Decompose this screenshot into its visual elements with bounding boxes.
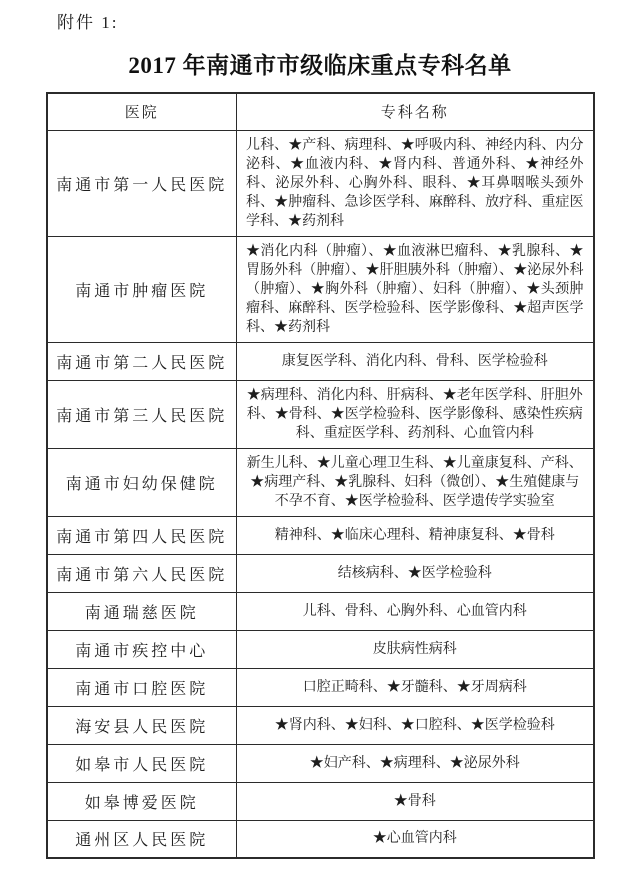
- specialty-list-cell: 儿科、骨科、心胸外科、心血管内科: [237, 592, 594, 630]
- specialty-list-cell: ★肾内科、★妇科、★口腔科、★医学检验科: [237, 706, 594, 744]
- specialty-list-cell: ★病理科、消化内科、肝病科、★老年医学科、肝胆外科、★骨科、★医学检验科、医学影…: [237, 380, 594, 448]
- specialty-list: 新生儿科、★儿童心理卫生科、★儿童康复科、产科、★病理产科、★乳腺科、妇科（微创…: [246, 454, 584, 511]
- specialty-list: ★妇产科、★病理科、★泌尿外科: [246, 754, 584, 773]
- specialty-list-cell: 皮肤病性病科: [237, 630, 594, 668]
- specialty-list-cell: 康复医学科、消化内科、骨科、医学检验科: [237, 342, 594, 380]
- specialty-table: 医院 专科名称 南通市第一人民医院儿科、★产科、病理科、★呼吸内科、神经内科、内…: [46, 92, 595, 859]
- specialty-list: ★消化内科（肿瘤）、★血液淋巴瘤科、★乳腺科、★胃肠外科（肿瘤）、★肝胆胰外科（…: [246, 242, 584, 337]
- hospital-name: 南通市疾控中心: [47, 630, 237, 668]
- table-row: 南通市第四人民医院精神科、★临床心理科、精神康复科、★骨科: [47, 516, 594, 554]
- hospital-name: 南通市第六人民医院: [47, 554, 237, 592]
- hospital-name: 如皋博爱医院: [47, 782, 237, 820]
- specialty-list: ★心血管内科: [246, 829, 584, 848]
- hospital-name: 海安县人民医院: [47, 706, 237, 744]
- document-page: 附件 1: 2017 年南通市市级临床重点专科名单 医院 专科名称 南通市第一人…: [0, 0, 640, 872]
- page-title: 2017 年南通市市级临床重点专科名单: [0, 47, 640, 80]
- table-row: 南通市疾控中心皮肤病性病科: [47, 630, 594, 668]
- specialty-list-cell: 精神科、★临床心理科、精神康复科、★骨科: [237, 516, 594, 554]
- table-row: 通州区人民医院★心血管内科: [47, 820, 594, 858]
- specialty-list: 儿科、骨科、心胸外科、心血管内科: [246, 602, 584, 621]
- table-row: 南通市第三人民医院★病理科、消化内科、肝病科、★老年医学科、肝胆外科、★骨科、★…: [47, 380, 594, 448]
- table-row: 南通市口腔医院口腔正畸科、★牙髓科、★牙周病科: [47, 668, 594, 706]
- hospital-name: 南通市第四人民医院: [47, 516, 237, 554]
- specialty-list: ★肾内科、★妇科、★口腔科、★医学检验科: [246, 716, 584, 735]
- table-row: 南通市第二人民医院康复医学科、消化内科、骨科、医学检验科: [47, 342, 594, 380]
- col-header-hospital: 医院: [47, 93, 237, 130]
- table-row: 南通市第一人民医院儿科、★产科、病理科、★呼吸内科、神经内科、内分泌科、★血液内…: [47, 130, 594, 236]
- table-row: 如皋市人民医院★妇产科、★病理科、★泌尿外科: [47, 744, 594, 782]
- hospital-name: 如皋市人民医院: [47, 744, 237, 782]
- hospital-name: 南通市第二人民医院: [47, 342, 237, 380]
- hospital-name: 南通市口腔医院: [47, 668, 237, 706]
- specialty-list: 儿科、★产科、病理科、★呼吸内科、神经内科、内分泌科、★血液内科、★肾内科、普通…: [246, 136, 584, 231]
- specialty-list: 口腔正畸科、★牙髓科、★牙周病科: [246, 678, 584, 697]
- specialty-list-cell: ★妇产科、★病理科、★泌尿外科: [237, 744, 594, 782]
- hospital-name: 南通市肿瘤医院: [47, 236, 237, 342]
- specialty-list-cell: ★心血管内科: [237, 820, 594, 858]
- specialty-list-cell: 新生儿科、★儿童心理卫生科、★儿童康复科、产科、★病理产科、★乳腺科、妇科（微创…: [237, 448, 594, 516]
- table-header: 医院 专科名称: [47, 93, 594, 130]
- hospital-name: 通州区人民医院: [47, 820, 237, 858]
- hospital-name: 南通瑞慈医院: [47, 592, 237, 630]
- attachment-label: 附件 1:: [0, 12, 640, 34]
- table-row: 南通市肿瘤医院★消化内科（肿瘤）、★血液淋巴瘤科、★乳腺科、★胃肠外科（肿瘤）、…: [47, 236, 594, 342]
- table-row: 海安县人民医院★肾内科、★妇科、★口腔科、★医学检验科: [47, 706, 594, 744]
- specialty-list-cell: 结核病科、★医学检验科: [237, 554, 594, 592]
- specialty-list: 精神科、★临床心理科、精神康复科、★骨科: [246, 526, 584, 545]
- table-row: 南通市第六人民医院结核病科、★医学检验科: [47, 554, 594, 592]
- table-row: 南通市妇幼保健院新生儿科、★儿童心理卫生科、★儿童康复科、产科、★病理产科、★乳…: [47, 448, 594, 516]
- specialty-list: ★病理科、消化内科、肝病科、★老年医学科、肝胆外科、★骨科、★医学检验科、医学影…: [246, 386, 584, 443]
- table-row: 如皋博爱医院★骨科: [47, 782, 594, 820]
- header-row: 医院 专科名称: [47, 93, 594, 130]
- table-body: 南通市第一人民医院儿科、★产科、病理科、★呼吸内科、神经内科、内分泌科、★血液内…: [47, 130, 594, 858]
- specialty-list-cell: ★骨科: [237, 782, 594, 820]
- hospital-name: 南通市第三人民医院: [47, 380, 237, 448]
- specialty-list: 皮肤病性病科: [246, 640, 584, 659]
- specialty-list: 康复医学科、消化内科、骨科、医学检验科: [246, 352, 584, 371]
- specialty-list: 结核病科、★医学检验科: [246, 564, 584, 583]
- specialty-list-cell: 儿科、★产科、病理科、★呼吸内科、神经内科、内分泌科、★血液内科、★肾内科、普通…: [237, 130, 594, 236]
- hospital-name: 南通市妇幼保健院: [47, 448, 237, 516]
- table-row: 南通瑞慈医院儿科、骨科、心胸外科、心血管内科: [47, 592, 594, 630]
- hospital-name: 南通市第一人民医院: [47, 130, 237, 236]
- specialty-list-cell: 口腔正畸科、★牙髓科、★牙周病科: [237, 668, 594, 706]
- specialty-list: ★骨科: [246, 792, 584, 811]
- specialty-list-cell: ★消化内科（肿瘤）、★血液淋巴瘤科、★乳腺科、★胃肠外科（肿瘤）、★肝胆胰外科（…: [237, 236, 594, 342]
- col-header-specialty: 专科名称: [237, 93, 594, 130]
